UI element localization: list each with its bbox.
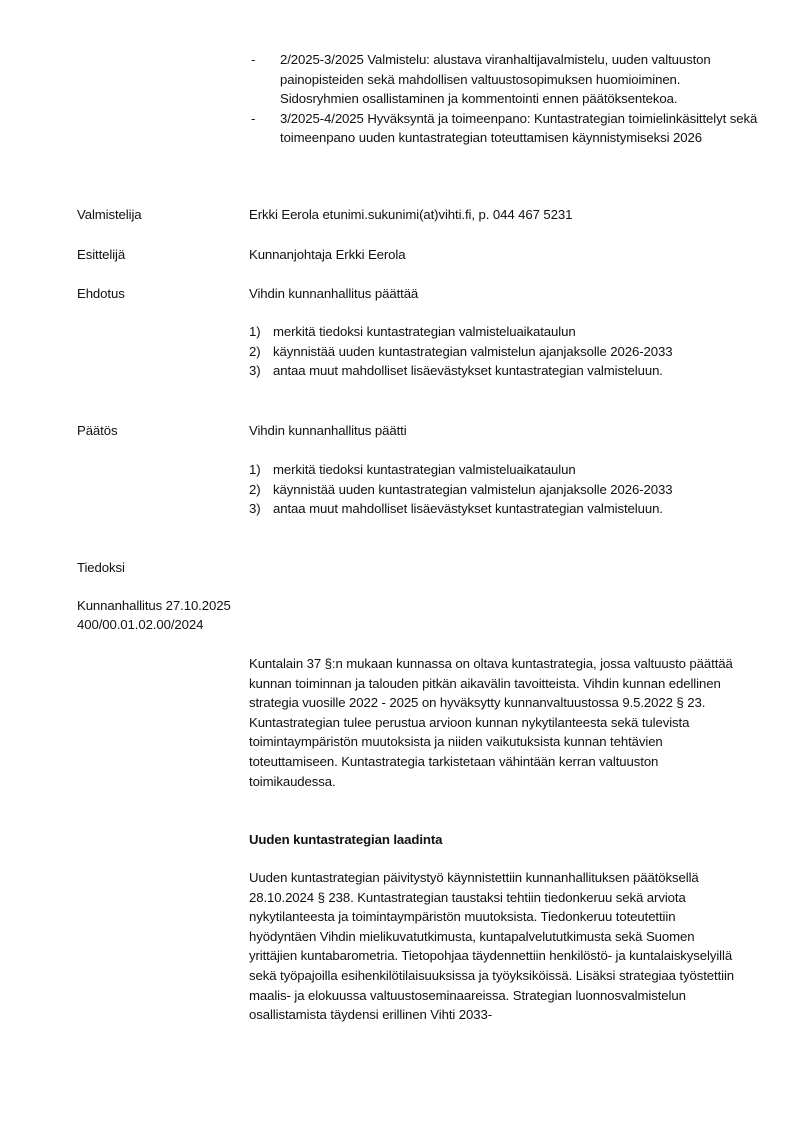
item-number: 1) xyxy=(249,460,261,480)
intro-paragraph: Kuntalain 37 §:n mukaan kunnassa on olta… xyxy=(249,654,739,791)
item-text: käynnistää uuden kuntastrategian valmist… xyxy=(273,482,672,497)
ehdotus-intro: Vihdin kunnanhallitus päättää xyxy=(249,284,418,304)
schedule-bullet: - 3/2025-4/2025 Hyväksyntä ja toimeenpan… xyxy=(249,109,759,148)
valmistelija-value: Erkki Eerola etunimi.sukunimi(at)vihti.f… xyxy=(249,205,572,225)
ehdotus-item: 2)käynnistää uuden kuntastrategian valmi… xyxy=(249,342,769,362)
record-id: 400/00.01.02.00/2024 xyxy=(77,615,203,635)
item-number: 3) xyxy=(249,499,261,519)
paatos-label: Päätös xyxy=(77,421,117,441)
bullet-marker: - xyxy=(251,50,255,70)
meeting-body: Kunnanhallitus 27.10.2025 xyxy=(77,596,231,616)
tiedoksi-label: Tiedoksi xyxy=(77,558,125,578)
item-text: antaa muut mahdolliset lisäevästykset ku… xyxy=(273,501,663,516)
item-text: käynnistää uuden kuntastrategian valmist… xyxy=(273,344,672,359)
item-text: merkitä tiedoksi kuntastrategian valmist… xyxy=(273,324,576,339)
esittelija-value: Kunnanjohtaja Erkki Eerola xyxy=(249,245,405,265)
item-number: 1) xyxy=(249,322,261,342)
paatos-item: 2)käynnistää uuden kuntastrategian valmi… xyxy=(249,480,769,500)
ehdotus-label: Ehdotus xyxy=(77,284,125,304)
item-text: antaa muut mahdolliset lisäevästykset ku… xyxy=(273,363,663,378)
ehdotus-item: 1)merkitä tiedoksi kuntastrategian valmi… xyxy=(249,322,769,342)
item-number: 2) xyxy=(249,480,261,500)
paatos-intro: Vihdin kunnanhallitus päätti xyxy=(249,421,407,441)
bullet-marker: - xyxy=(251,109,255,129)
section-paragraph: Uuden kuntastrategian päivitystyö käynni… xyxy=(249,868,744,1025)
section-heading: Uuden kuntastrategian laadinta xyxy=(249,830,749,850)
item-number: 2) xyxy=(249,342,261,362)
valmistelija-label: Valmistelija xyxy=(77,205,142,225)
item-number: 3) xyxy=(249,361,261,381)
item-text: merkitä tiedoksi kuntastrategian valmist… xyxy=(273,462,576,477)
schedule-bullet-list: - 2/2025-3/2025 Valmistelu: alustava vir… xyxy=(249,50,759,148)
schedule-bullet: - 2/2025-3/2025 Valmistelu: alustava vir… xyxy=(249,50,759,109)
bullet-text: 3/2025-4/2025 Hyväksyntä ja toimeenpano:… xyxy=(280,111,757,146)
esittelija-label: Esittelijä xyxy=(77,245,125,265)
bullet-text: 2/2025-3/2025 Valmistelu: alustava viran… xyxy=(280,52,711,106)
ehdotus-item: 3)antaa muut mahdolliset lisäevästykset … xyxy=(249,361,769,381)
paatos-item: 3)antaa muut mahdolliset lisäevästykset … xyxy=(249,499,769,519)
paatos-item: 1)merkitä tiedoksi kuntastrategian valmi… xyxy=(249,460,769,480)
paatos-list: 1)merkitä tiedoksi kuntastrategian valmi… xyxy=(249,460,769,519)
ehdotus-list: 1)merkitä tiedoksi kuntastrategian valmi… xyxy=(249,322,769,381)
